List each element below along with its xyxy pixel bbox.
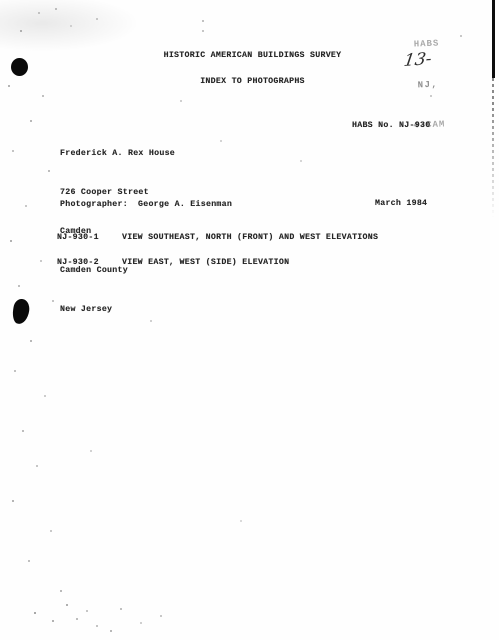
scan-smudge <box>0 0 140 52</box>
handwritten-number: 13- <box>402 49 433 71</box>
scan-noise-speckles <box>0 0 2 2</box>
photo-date: March 1984 <box>375 199 427 208</box>
scan-edge-line <box>492 0 495 78</box>
property-name: Frederick A. Rex House <box>60 147 175 160</box>
photo-index-row: NJ-930-2 VIEW EAST, WEST (SIDE) ELEVATIO… <box>57 258 485 267</box>
stamp-line-2: NJ, <box>399 77 457 93</box>
address-line: 726 Cooper Street <box>60 186 175 199</box>
photographer-name: George A. Eisenman <box>138 200 232 209</box>
photo-id: NJ-930-2 <box>57 258 122 267</box>
ink-blot-mark <box>11 298 30 325</box>
photographer-line: Photographer: George A. Eisenman <box>60 200 232 209</box>
photo-description: VIEW SOUTHEAST, NORTH (FRONT) AND WEST E… <box>122 233 378 242</box>
photo-id: NJ-930-1 <box>57 233 122 242</box>
photo-index-row: NJ-930-1 VIEW SOUTHEAST, NORTH (FRONT) A… <box>57 233 485 242</box>
habs-number: HABS No. NJ-930 <box>352 121 430 130</box>
photo-index-list: NJ-930-1 VIEW SOUTHEAST, NORTH (FRONT) A… <box>57 233 485 282</box>
scan-edge-line-fade <box>492 78 494 218</box>
photographer-label: Photographer: <box>60 200 128 209</box>
property-address-block: Frederick A. Rex House 726 Cooper Street… <box>60 121 175 342</box>
ink-blot-mark <box>11 58 28 76</box>
photo-description: VIEW EAST, WEST (SIDE) ELEVATION <box>122 258 289 267</box>
address-line: New Jersey <box>60 303 175 316</box>
habs-classification-stamp: HABS NJ, 4-CAM <box>396 10 459 160</box>
